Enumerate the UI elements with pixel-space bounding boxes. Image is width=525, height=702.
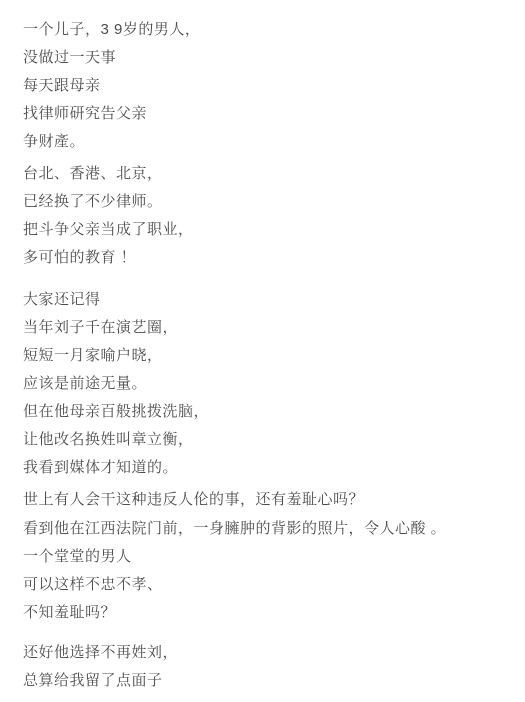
- stanza: 看到他在江西法院门前，一身臃肿的背影的照片，令人心酸 。 一个堂堂的男人 可以这…: [23, 515, 505, 627]
- text-line: 不知羞耻吗？: [23, 599, 505, 627]
- text-line: 找律师研究告父亲: [23, 100, 505, 128]
- text-line: 我看到媒体才知道的。: [23, 454, 505, 482]
- text-line: 把斗争父亲当成了职业，: [23, 216, 505, 244]
- text-line: 争财產。: [23, 128, 505, 156]
- text-line: 可以这样不忠不孝、: [23, 571, 505, 599]
- text-post: 一个儿子，3 9岁的男人， 没做过一天事 每天跟母亲 找律师研究告父亲 争财產。…: [0, 0, 525, 702]
- text-line: 台北、香港、北京，: [23, 160, 505, 188]
- stanza: 一个儿子，3 9岁的男人， 没做过一天事 每天跟母亲 找律师研究告父亲 争财產。: [23, 16, 505, 156]
- text-line: 已经换了不少律师。: [23, 188, 505, 216]
- text-line: 总算给我留了点面子: [23, 667, 505, 695]
- text-line: 短短一月家喻户晓，: [23, 342, 505, 370]
- text-line: 一个堂堂的男人: [23, 543, 505, 571]
- text-line: 大家还记得: [23, 286, 505, 314]
- text-line: 让他改名换姓叫章立衡，: [23, 426, 505, 454]
- text-line: 一个儿子，3 9岁的男人，: [23, 16, 505, 44]
- text-line: 应该是前途无量。: [23, 370, 505, 398]
- stanza: 大家还记得 当年刘子千在演艺圈， 短短一月家喻户晓， 应该是前途无量。 但在他母…: [23, 286, 505, 482]
- text-line: 看到他在江西法院门前，一身臃肿的背影的照片，令人心酸 。: [23, 515, 505, 543]
- text-line: 但在他母亲百般挑拨洗脑，: [23, 398, 505, 426]
- text-line: 世上有人会干这种违反人伦的事，还有羞耻心吗？: [23, 486, 505, 514]
- text-line: 多可怕的教育 ！: [23, 244, 505, 272]
- text-line: 当年刘子千在演艺圈，: [23, 314, 505, 342]
- text-line: 还好他选择不再姓刘，: [23, 639, 505, 667]
- text-line: 没做过一天事: [23, 44, 505, 72]
- text-line: 每天跟母亲: [23, 72, 505, 100]
- stanza: 世上有人会干这种违反人伦的事，还有羞耻心吗？: [23, 486, 505, 514]
- stanza: 还好他选择不再姓刘， 总算给我留了点面子: [23, 639, 505, 695]
- stanza: 台北、香港、北京， 已经换了不少律师。 把斗争父亲当成了职业， 多可怕的教育 ！: [23, 160, 505, 272]
